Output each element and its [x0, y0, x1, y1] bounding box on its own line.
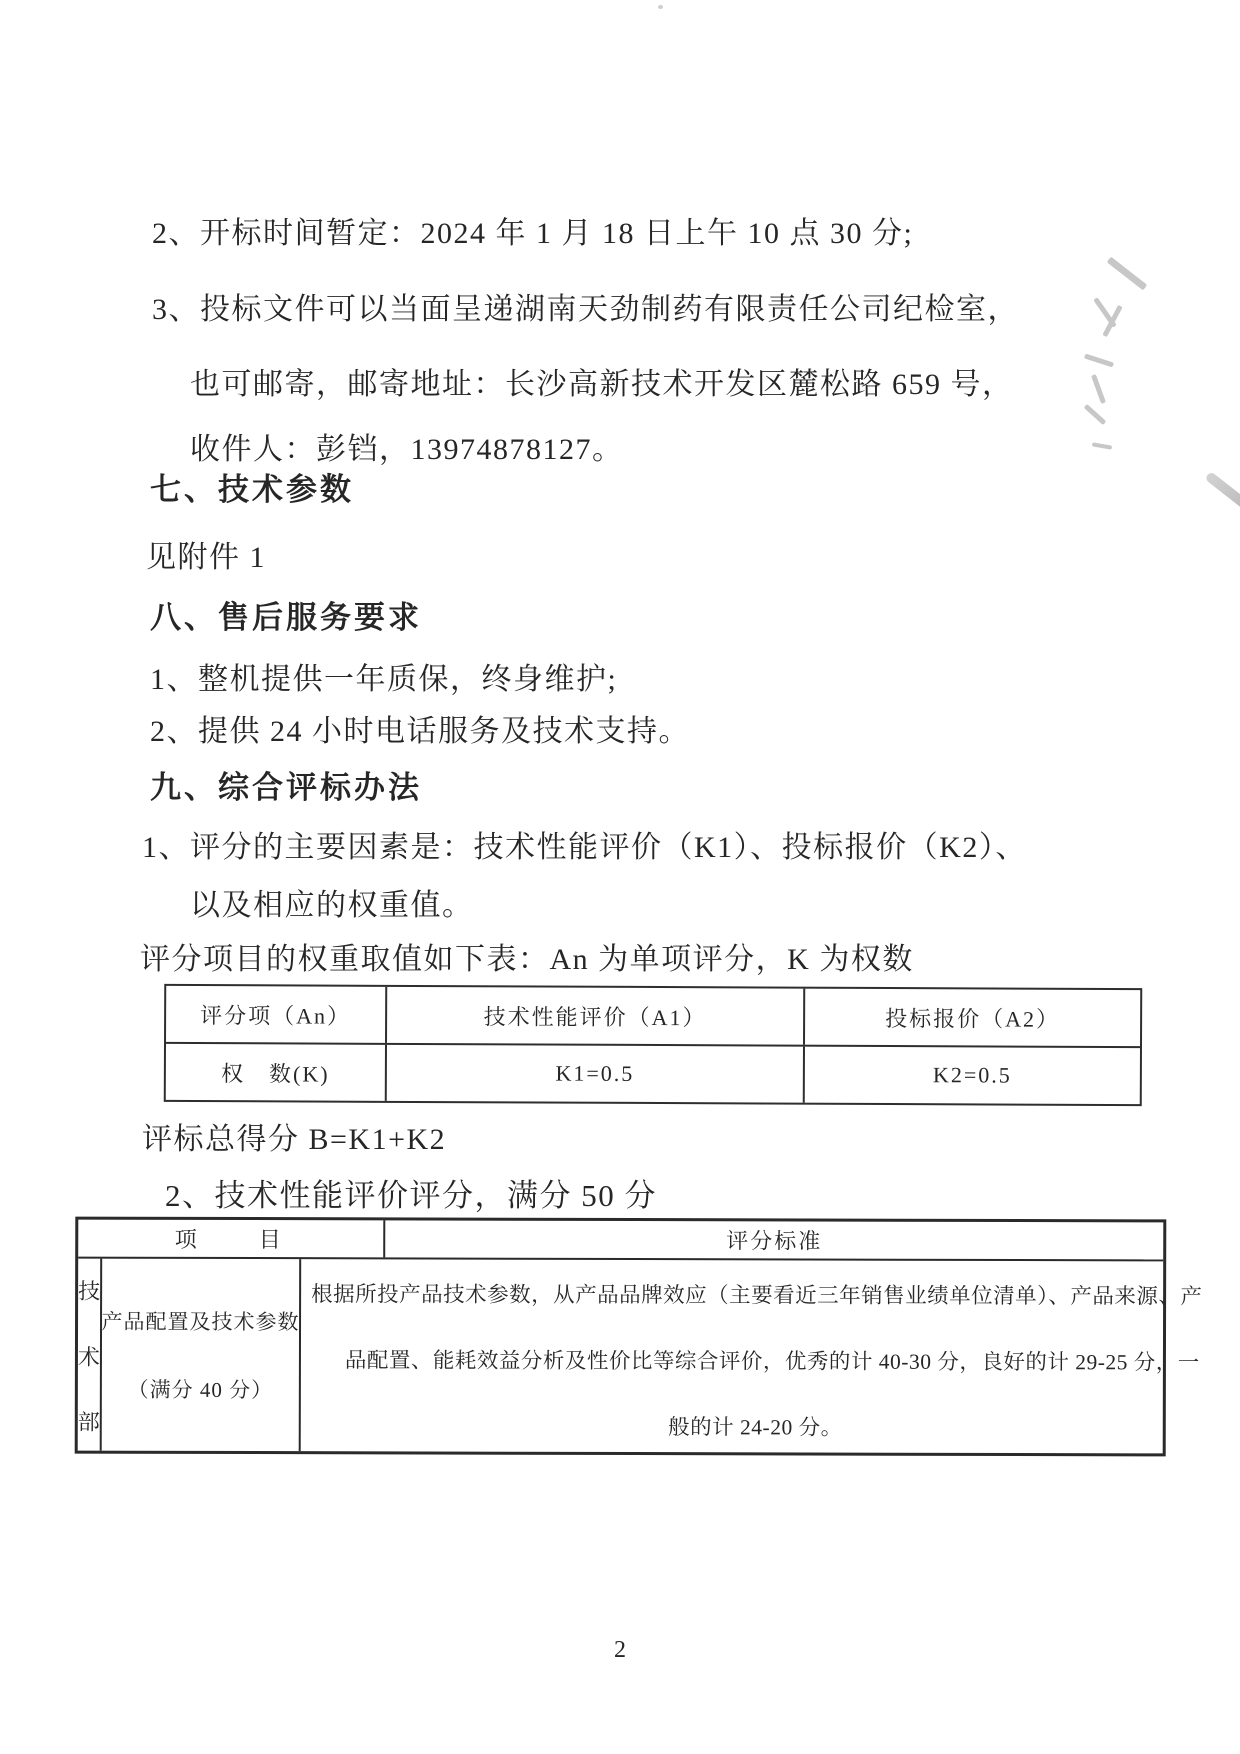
stamp-remnant-marks — [1082, 262, 1240, 492]
stamp-stroke — [1092, 442, 1112, 449]
scoring-item-name: 产品配置及技术参数 — [102, 1306, 300, 1337]
scan-dot-artifact — [658, 5, 663, 9]
scanned-document-page: 2、开标时间暂定：2024 年 1 月 18 日上午 10 点 30 分; 3、… — [0, 0, 1240, 1754]
weights-k1-value: K1=0.5 — [387, 1045, 805, 1103]
section9-item2: 2、技术性能评价评分，满分 50 分 — [165, 1178, 657, 1214]
scoring-table-body-row: 技 术 部 产品配置及技术参数 （满分 40 分） 根据所投产品技术参数，从产品… — [78, 1259, 1163, 1454]
criteria-line1: 根据所投产品技术参数，从产品品牌效应（主要看近三年销售业绩单位清单）、产品来源、… — [311, 1279, 1202, 1311]
stamp-stroke — [1084, 353, 1114, 367]
clause-submission-line3: 收件人：彭铛，13974878127。 — [190, 432, 624, 468]
total-score-formula: 评标总得分 B=K1+K2 — [142, 1122, 446, 1158]
clause-submission-line1: 3、投标文件可以当面呈递湖南天劲制药有限责任公司纪检室， — [152, 292, 1019, 328]
scoring-item-cell: 产品配置及技术参数 （满分 40 分） — [102, 1259, 302, 1452]
scoring-item-score: （满分 40 分） — [128, 1374, 274, 1404]
clause-open-time: 2、开标时间暂定：2024 年 1 月 18 日上午 10 点 30 分; — [152, 216, 913, 252]
section7-body: 见附件 1 — [146, 540, 266, 576]
scoring-header-item: 项 目 — [78, 1220, 385, 1258]
section8-item1: 1、整机提供一年质保，终身维护; — [150, 662, 617, 698]
weights-table-header-row: 评分项（An） 技术性能评价（A1） 投标报价（A2） — [166, 986, 1140, 1048]
scoring-table: 项 目 评分标准 技 术 部 产品配置及技术参数 （满分 40 分） 根据所投产… — [75, 1217, 1167, 1457]
weights-table: 评分项（An） 技术性能评价（A1） 投标报价（A2） 权 数(K) K1=0.… — [164, 984, 1143, 1106]
dept-char-3: 部 — [78, 1406, 100, 1437]
weights-header-technical: 技术性能评价（A1） — [387, 987, 805, 1045]
weights-header-price: 投标报价（A2） — [805, 989, 1140, 1046]
section9-item1-line2: 以及相应的权重值。 — [190, 888, 474, 924]
scoring-table-header-row: 项 目 评分标准 — [78, 1220, 1163, 1262]
clause-submission-line2: 也可邮寄，邮寄地址：长沙高新技术开发区麓松路 659 号， — [190, 367, 1014, 403]
weights-k2-value: K2=0.5 — [805, 1047, 1140, 1104]
criteria-line3: 般的计 24-20 分。 — [309, 1411, 1202, 1443]
section9-heading: 九、综合评标办法 — [150, 770, 422, 806]
stamp-stroke — [1084, 404, 1107, 425]
dept-char-2: 术 — [78, 1340, 100, 1371]
stamp-stroke — [1091, 374, 1106, 404]
section8-item2: 2、提供 24 小时电话服务及技术支持。 — [150, 714, 690, 750]
section7-heading: 七、技术参数 — [150, 472, 354, 508]
weights-header-item: 评分项（An） — [166, 986, 387, 1043]
weights-table-intro: 评分项目的权重取值如下表：An 为单项评分，K 为权数 — [140, 942, 914, 978]
dept-char-1: 技 — [78, 1275, 100, 1306]
criteria-line2: 品配置、能耗效益分析及性价比等综合评价，优秀的计 40-30 分，良好的计 29… — [345, 1345, 1202, 1377]
scoring-criteria-cell: 根据所投产品技术参数，从产品品牌效应（主要看近三年销售业绩单位清单）、产品来源、… — [301, 1259, 1211, 1453]
section8-heading: 八、售后服务要求 — [150, 600, 422, 636]
scoring-dept-cell: 技 术 部 — [78, 1259, 103, 1451]
weights-row-label: 权 数(K) — [166, 1044, 387, 1101]
stamp-stroke — [1107, 257, 1148, 291]
weights-table-value-row: 权 数(K) K1=0.5 K2=0.5 — [166, 1044, 1140, 1104]
scoring-header-criteria: 评分标准 — [385, 1220, 1163, 1259]
section9-item1-line1: 1、评分的主要因素是：技术性能评价（K1）、投标报价（K2）、 — [142, 830, 1027, 866]
page-number: 2 — [0, 1632, 1240, 1668]
